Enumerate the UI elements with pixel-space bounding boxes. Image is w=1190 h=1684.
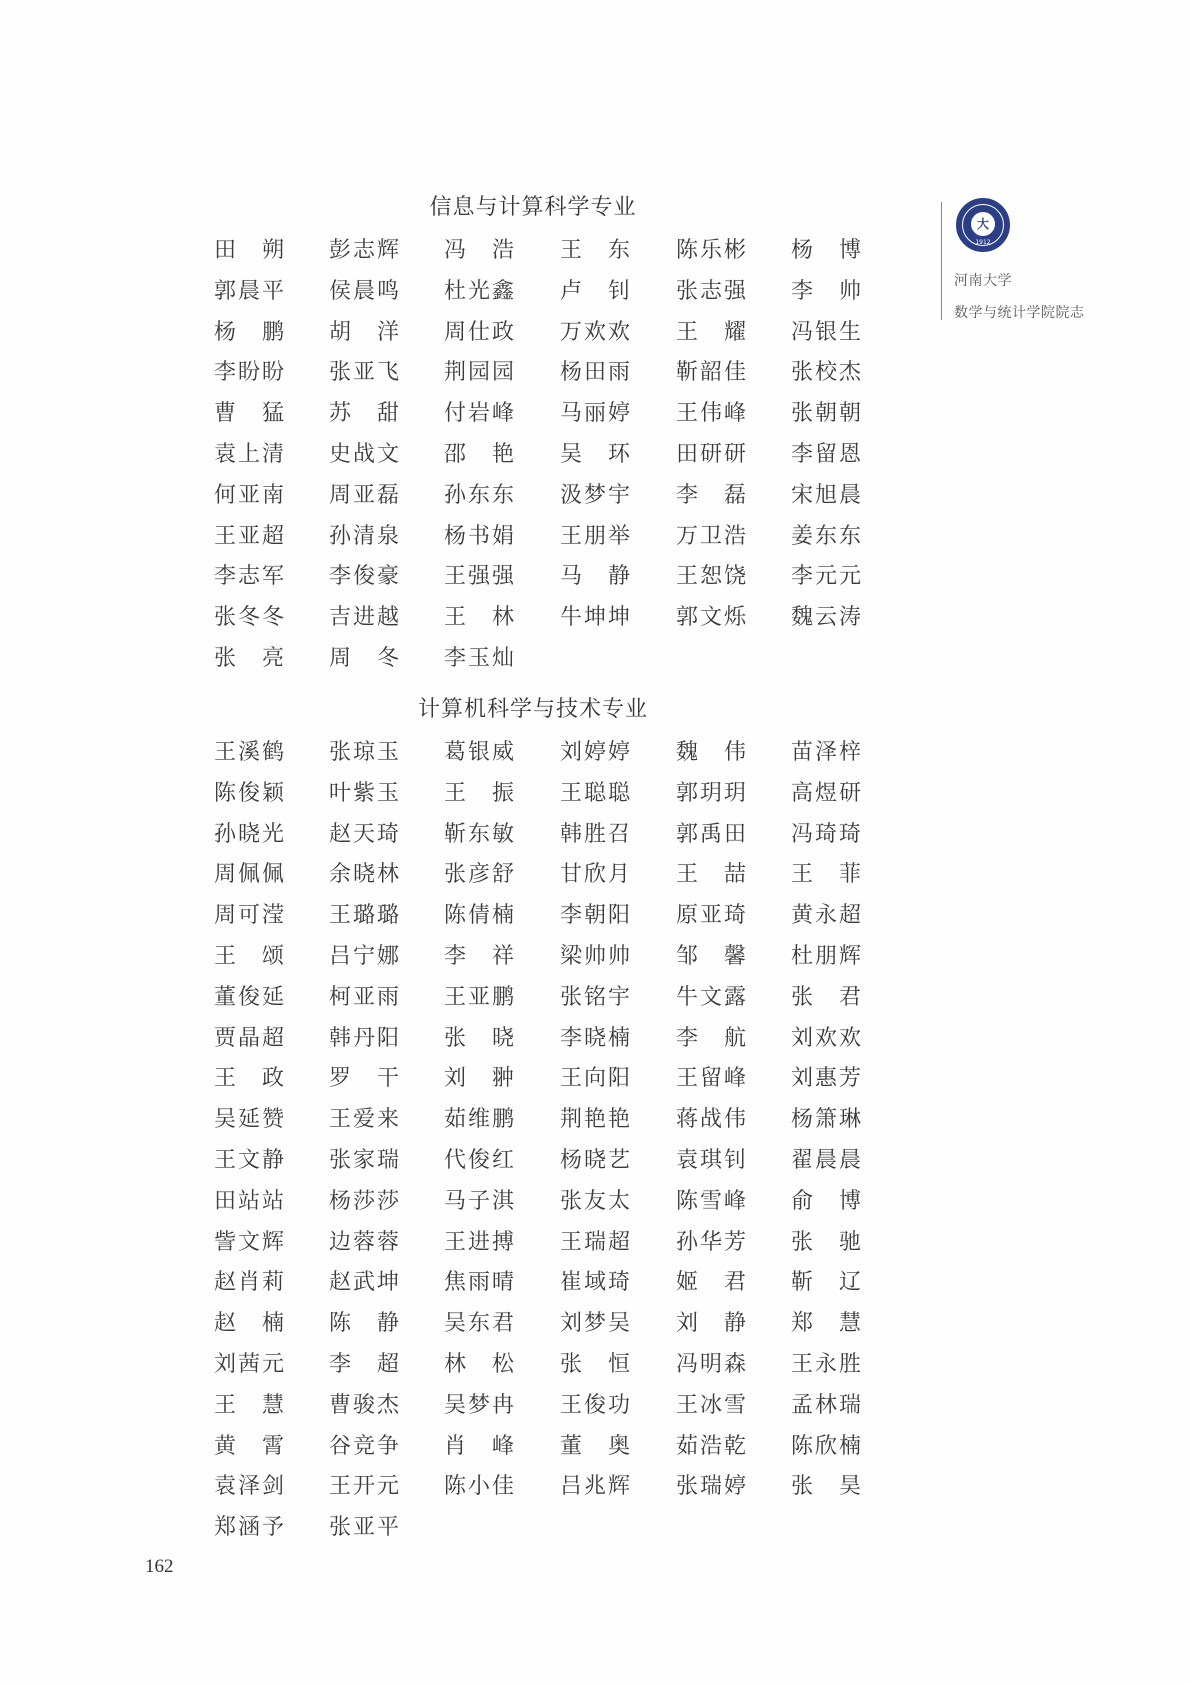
name-entry: 茹维鹏 — [444, 1106, 514, 1134]
university-name: 河南大学 — [954, 270, 1012, 290]
department-history-title: 数学与统计学院院志 — [954, 302, 1085, 322]
name-entry: 郭禹田 — [676, 821, 746, 849]
name-entry: 郭晨平 — [214, 278, 284, 306]
name-entry: 王强强 — [444, 563, 514, 591]
name-entry: 郑慧 — [791, 1310, 861, 1338]
name-entry: 张瑞婷 — [676, 1473, 746, 1501]
name-entry: 田站站 — [214, 1188, 284, 1216]
name-entry: 周可滢 — [214, 902, 284, 930]
name-entry: 韩丹阳 — [329, 1025, 399, 1053]
name-entry: 罗干 — [329, 1065, 399, 1093]
name-entry: 何亚南 — [214, 482, 284, 510]
name-entry: 韩胜召 — [560, 821, 630, 849]
name-entry: 张昊 — [791, 1473, 861, 1501]
name-entry: 王瑞超 — [560, 1229, 630, 1257]
name-entry: 李留恩 — [791, 441, 861, 469]
name-entry: 周冬 — [329, 645, 399, 673]
name-entry: 冯浩 — [444, 237, 514, 265]
name-entry: 贾晶超 — [214, 1025, 284, 1053]
name-entry: 曹骏杰 — [329, 1392, 399, 1420]
name-entry: 杜光鑫 — [444, 278, 514, 306]
name-entry: 周亚磊 — [329, 482, 399, 510]
name-entry: 张铭宇 — [560, 984, 630, 1012]
name-entry: 靳辽 — [791, 1269, 861, 1297]
name-entry: 杨箫琳 — [791, 1106, 861, 1134]
name-entry: 王政 — [214, 1065, 284, 1093]
name-entry: 董奥 — [560, 1433, 630, 1461]
name-entry: 王朋举 — [560, 523, 630, 551]
section-title-computer-science: 计算机科学与技术专业 — [0, 692, 1066, 723]
name-entry: 曹猛 — [214, 400, 284, 428]
name-entry: 李祥 — [444, 943, 514, 971]
name-entry: 黄霄 — [214, 1433, 284, 1461]
name-entry: 靳东敏 — [444, 821, 514, 849]
name-entry: 原亚琦 — [676, 902, 746, 930]
name-entry: 史战文 — [329, 441, 399, 469]
name-entry: 苏甜 — [329, 400, 399, 428]
name-entry: 黄永超 — [791, 902, 861, 930]
name-entry: 梁帅帅 — [560, 943, 630, 971]
name-entry: 吉进越 — [329, 604, 399, 632]
name-entry: 王恕饶 — [676, 563, 746, 591]
name-entry: 王留峰 — [676, 1065, 746, 1093]
name-entry: 王俊功 — [560, 1392, 630, 1420]
page-number: 162 — [145, 1556, 174, 1578]
name-entry: 袁上清 — [214, 441, 284, 469]
name-entry: 张志强 — [676, 278, 746, 306]
name-entry: 陈俊颖 — [214, 780, 284, 808]
name-entry: 叶紫玉 — [329, 780, 399, 808]
name-entry: 苗泽梓 — [791, 739, 861, 767]
name-entry: 甘欣月 — [560, 861, 630, 889]
name-entry: 李朝阳 — [560, 902, 630, 930]
name-entry: 袁琪钊 — [676, 1147, 746, 1175]
name-entry: 王伟峰 — [676, 400, 746, 428]
name-entry: 冯银生 — [791, 319, 861, 347]
name-entry: 吕兆辉 — [560, 1473, 630, 1501]
name-entry: 孙东东 — [444, 482, 514, 510]
name-entry: 王永胜 — [791, 1351, 861, 1379]
name-entry: 张恒 — [560, 1351, 630, 1379]
name-entry: 吴环 — [560, 441, 630, 469]
name-entry: 王振 — [444, 780, 514, 808]
name-entry: 李志军 — [214, 563, 284, 591]
name-entry: 张友太 — [560, 1188, 630, 1216]
name-entry: 刘婷婷 — [560, 739, 630, 767]
name-entry: 吕宁娜 — [329, 943, 399, 971]
name-entry: 李帅 — [791, 278, 861, 306]
name-entry: 焦雨晴 — [444, 1269, 514, 1297]
name-entry: 万欢欢 — [560, 319, 630, 347]
name-entry: 杨博 — [791, 237, 861, 265]
name-entry: 袁泽剑 — [214, 1473, 284, 1501]
name-entry: 刘茜元 — [214, 1351, 284, 1379]
name-entry: 吴东君 — [444, 1310, 514, 1338]
name-entry: 张彦舒 — [444, 861, 514, 889]
name-entry: 刘静 — [676, 1310, 746, 1338]
seal-year: 1912 — [958, 239, 1008, 246]
name-entry: 李盼盼 — [214, 359, 284, 387]
name-entry: 俞博 — [791, 1188, 861, 1216]
name-entry: 陈雪峰 — [676, 1188, 746, 1216]
name-entry: 翟晨晨 — [791, 1147, 861, 1175]
name-entry: 张亚飞 — [329, 359, 399, 387]
name-entry: 崔域琦 — [560, 1269, 630, 1297]
name-entry: 赵楠 — [214, 1310, 284, 1338]
name-entry: 王聪聪 — [560, 780, 630, 808]
name-entry: 边蓉蓉 — [329, 1229, 399, 1257]
name-entry: 杨晓艺 — [560, 1147, 630, 1175]
name-entry: 付岩峰 — [444, 400, 514, 428]
name-entry: 马子淇 — [444, 1188, 514, 1216]
name-entry: 邵艳 — [444, 441, 514, 469]
name-entry: 魏伟 — [676, 739, 746, 767]
name-entry: 刘欢欢 — [791, 1025, 861, 1053]
name-entry: 陈欣楠 — [791, 1433, 861, 1461]
name-entry: 赵肖莉 — [214, 1269, 284, 1297]
name-entry: 赵天琦 — [329, 821, 399, 849]
name-entry: 荆艳艳 — [560, 1106, 630, 1134]
section-title-info-computing: 信息与计算科学专业 — [0, 190, 1066, 221]
name-entry: 张亮 — [214, 645, 284, 673]
name-entry: 余晓林 — [329, 861, 399, 889]
name-entry: 郑涵予 — [214, 1514, 284, 1542]
name-entry: 杨莎莎 — [329, 1188, 399, 1216]
name-entry: 牛文露 — [676, 984, 746, 1012]
name-entry: 田研研 — [676, 441, 746, 469]
name-entry: 王亚超 — [214, 523, 284, 551]
name-entry: 魏云涛 — [791, 604, 861, 632]
name-entry: 王亚鹏 — [444, 984, 514, 1012]
name-entry: 胡洋 — [329, 319, 399, 347]
name-entry: 王慧 — [214, 1392, 284, 1420]
name-entry: 张晓 — [444, 1025, 514, 1053]
name-entry: 李磊 — [676, 482, 746, 510]
name-entry: 刘梦吴 — [560, 1310, 630, 1338]
name-entry: 张朝朝 — [791, 400, 861, 428]
name-entry: 李航 — [676, 1025, 746, 1053]
name-entry: 侯晨鸣 — [329, 278, 399, 306]
name-entry: 王耀 — [676, 319, 746, 347]
name-entry: 李玉灿 — [444, 645, 514, 673]
name-entry: 孙晓光 — [214, 821, 284, 849]
name-entry: 王开元 — [329, 1473, 399, 1501]
name-entry: 王颂 — [214, 943, 284, 971]
name-entry: 姜东东 — [791, 523, 861, 551]
name-entry: 冯琦琦 — [791, 821, 861, 849]
name-entry: 訾文辉 — [214, 1229, 284, 1257]
name-entry: 杨鹏 — [214, 319, 284, 347]
name-entry: 田朔 — [214, 237, 284, 265]
name-entry: 张君 — [791, 984, 861, 1012]
name-entry: 肖峰 — [444, 1433, 514, 1461]
name-entry: 周佩佩 — [214, 861, 284, 889]
name-entry: 陈乐彬 — [676, 237, 746, 265]
name-entry: 高煜研 — [791, 780, 861, 808]
name-entry: 邹馨 — [676, 943, 746, 971]
name-entry: 陈倩楠 — [444, 902, 514, 930]
name-entry: 张校杰 — [791, 359, 861, 387]
name-entry: 万卫浩 — [676, 523, 746, 551]
name-entry: 张冬冬 — [214, 604, 284, 632]
name-entry: 彭志辉 — [329, 237, 399, 265]
name-entry: 王菲 — [791, 861, 861, 889]
name-entry: 吴延赞 — [214, 1106, 284, 1134]
name-entry: 王林 — [444, 604, 514, 632]
name-entry: 柯亚雨 — [329, 984, 399, 1012]
name-entry: 董俊延 — [214, 984, 284, 1012]
name-entry: 葛银威 — [444, 739, 514, 767]
name-entry: 姬君 — [676, 1269, 746, 1297]
name-entry: 孟林瑞 — [791, 1392, 861, 1420]
name-entry: 陈小佳 — [444, 1473, 514, 1501]
name-entry: 李俊豪 — [329, 563, 399, 591]
name-entry: 杨田雨 — [560, 359, 630, 387]
name-entry: 王喆 — [676, 861, 746, 889]
name-entry: 郭文烁 — [676, 604, 746, 632]
name-entry: 杨书娟 — [444, 523, 514, 551]
name-entry: 谷竞争 — [329, 1433, 399, 1461]
name-entry: 杜朋辉 — [791, 943, 861, 971]
name-entry: 张亚平 — [329, 1514, 399, 1542]
name-entry: 卢钊 — [560, 278, 630, 306]
name-entry: 刘惠芳 — [791, 1065, 861, 1093]
name-entry: 陈静 — [329, 1310, 399, 1338]
name-entry: 王璐璐 — [329, 902, 399, 930]
name-entry: 冯明森 — [676, 1351, 746, 1379]
name-entry: 郭玥玥 — [676, 780, 746, 808]
name-entry: 赵武坤 — [329, 1269, 399, 1297]
name-entry: 孙清泉 — [329, 523, 399, 551]
name-entry: 牛坤坤 — [560, 604, 630, 632]
name-entry: 刘翀 — [444, 1065, 514, 1093]
name-entry: 茹浩乾 — [676, 1433, 746, 1461]
name-entry: 代俊红 — [444, 1147, 514, 1175]
name-entry: 李晓楠 — [560, 1025, 630, 1053]
name-entry: 李元元 — [791, 563, 861, 591]
name-entry: 王东 — [560, 237, 630, 265]
name-entry: 孙华芳 — [676, 1229, 746, 1257]
name-entry: 马静 — [560, 563, 630, 591]
name-entry: 王爱来 — [329, 1106, 399, 1134]
name-entry: 张家瑞 — [329, 1147, 399, 1175]
name-entry: 王冰雪 — [676, 1392, 746, 1420]
name-entry: 靳韶佳 — [676, 359, 746, 387]
name-entry: 汲梦宇 — [560, 482, 630, 510]
name-entry: 王进搏 — [444, 1229, 514, 1257]
name-entry: 张琼玉 — [329, 739, 399, 767]
name-entry: 张驰 — [791, 1229, 861, 1257]
name-entry: 荆园园 — [444, 359, 514, 387]
name-entry: 王向阳 — [560, 1065, 630, 1093]
name-entry: 王文静 — [214, 1147, 284, 1175]
name-entry: 宋旭晨 — [791, 482, 861, 510]
name-entry: 王溪鹤 — [214, 739, 284, 767]
name-entry: 李超 — [329, 1351, 399, 1379]
name-entry: 周仕政 — [444, 319, 514, 347]
name-entry: 马丽婷 — [560, 400, 630, 428]
name-entry: 林松 — [444, 1351, 514, 1379]
name-entry: 吴梦冉 — [444, 1392, 514, 1420]
name-entry: 蒋战伟 — [676, 1106, 746, 1134]
